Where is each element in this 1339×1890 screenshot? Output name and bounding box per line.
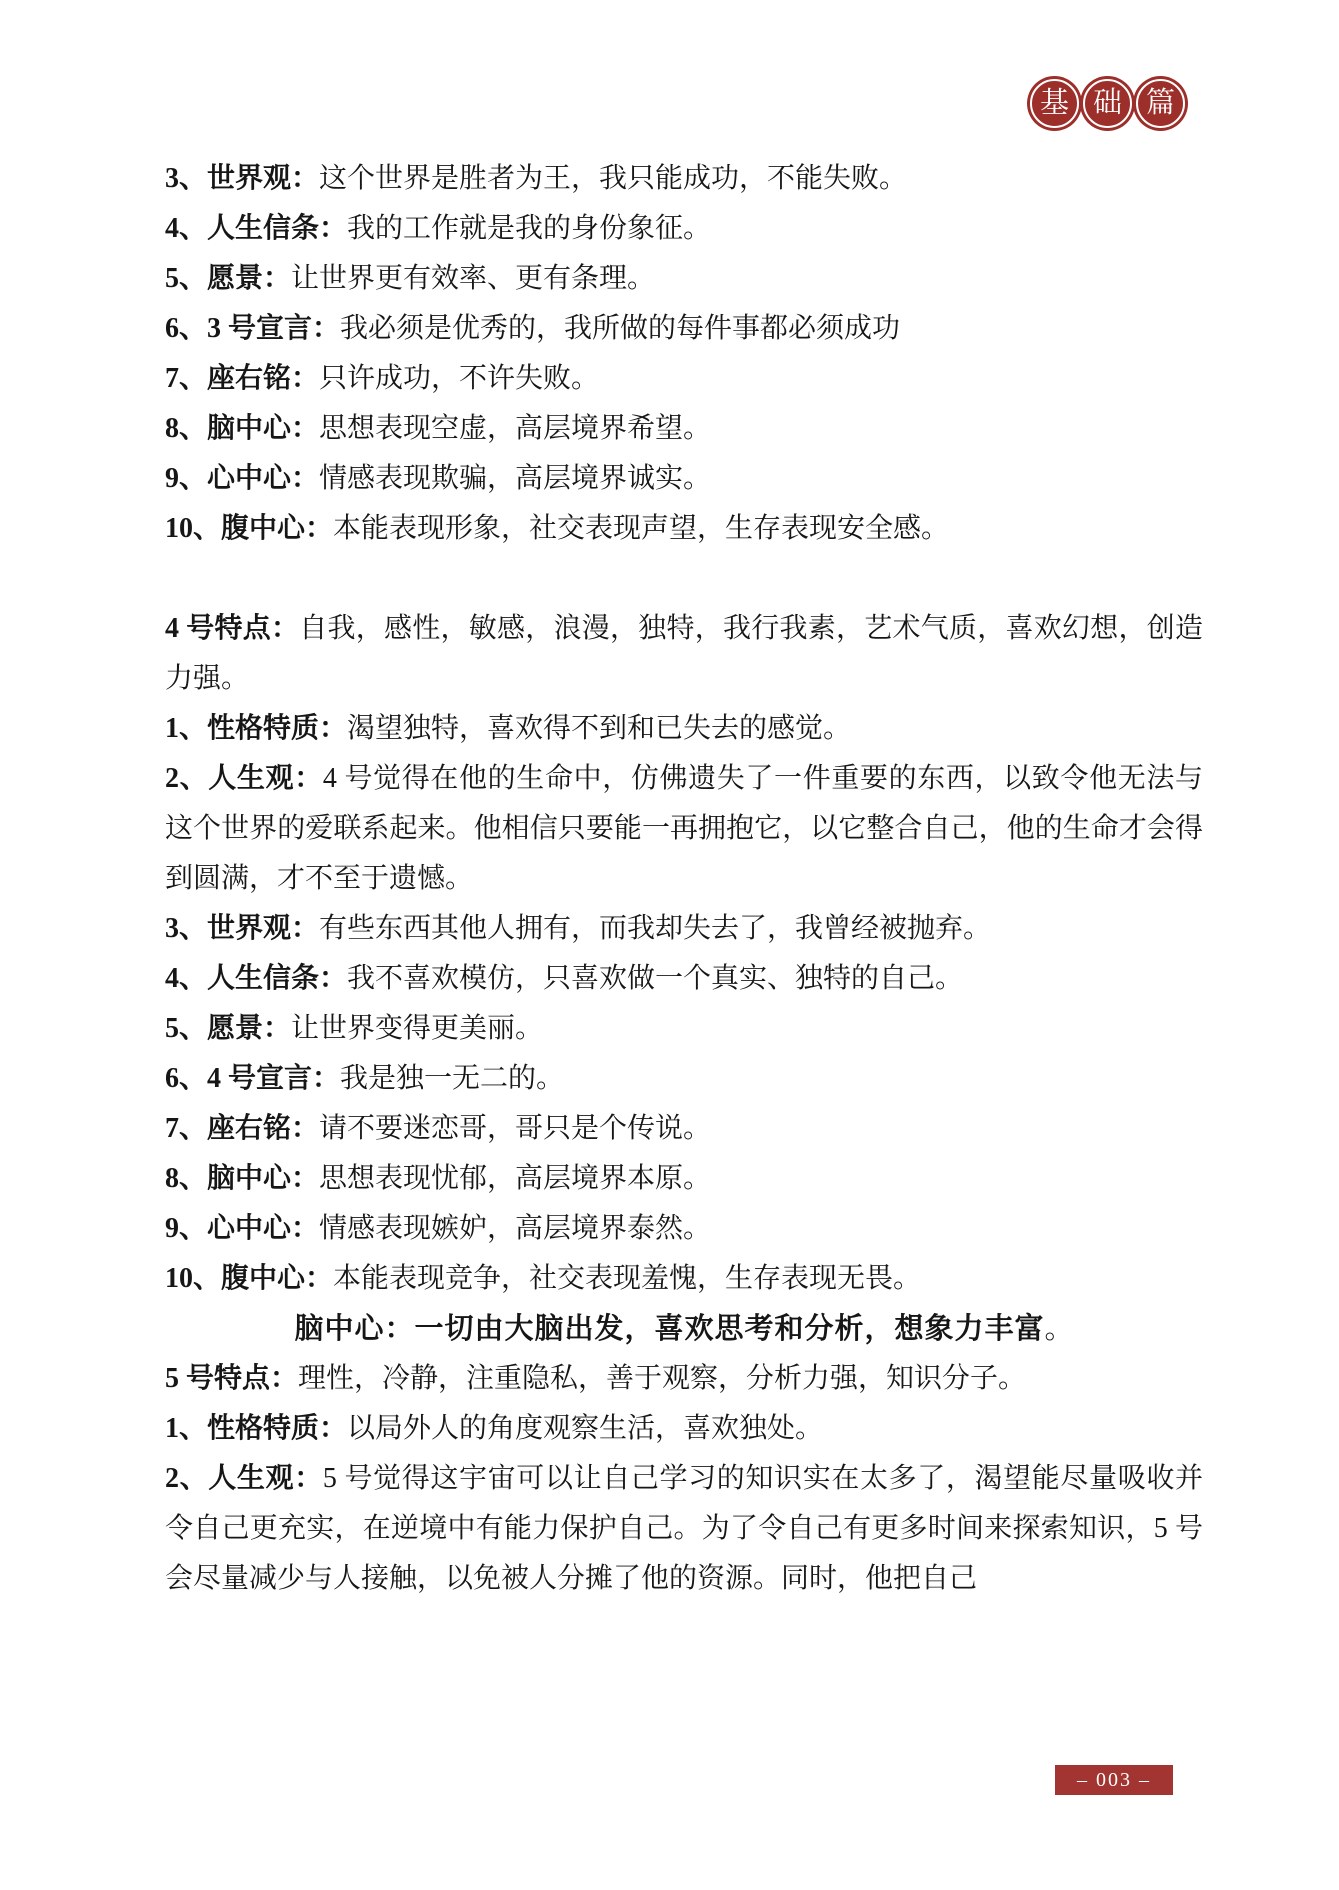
list-item: 2、人生观：4 号觉得在他的生命中，仿佛遗失了一件重要的东西，以致令他无法与这个…	[165, 754, 1203, 904]
page-content: 3、世界观：这个世界是胜者为王，我只能成功，不能失败。 4、人生信条：我的工作就…	[165, 154, 1203, 1604]
item-text: 思想表现空虚，高层境界希望。	[319, 413, 711, 444]
list-item: 5、愿景：让世界更有效率、更有条理。	[165, 254, 1203, 304]
item-label: 4、人生信条：	[165, 213, 347, 244]
section-heading-brain-center: 脑中心：一切由大脑出发，喜欢思考和分析，想象力丰富。	[165, 1304, 1203, 1354]
item-text: 我是独一无二的。	[340, 1063, 564, 1094]
item-label: 3、世界观：	[165, 163, 319, 194]
item-text: 情感表现欺骗，高层境界诚实。	[319, 463, 711, 494]
item-label: 6、4 号宣言：	[165, 1063, 340, 1094]
item-label: 4、人生信条：	[165, 963, 347, 994]
item-label: 10、腹中心：	[165, 1263, 333, 1294]
item-text: 我不喜欢模仿，只喜欢做一个真实、独特的自己。	[347, 963, 963, 994]
list-item: 9、心中心：情感表现嫉妒，高层境界泰然。	[165, 1204, 1203, 1254]
list-item: 1、性格特质：渴望独特，喜欢得不到和已失去的感觉。	[165, 704, 1203, 754]
item-label: 9、心中心：	[165, 1213, 319, 1244]
item-text: 渴望独特，喜欢得不到和已失去的感觉。	[347, 713, 851, 744]
item-label: 1、性格特质：	[165, 1413, 347, 1444]
item-label: 5、愿景：	[165, 263, 291, 294]
heading-text: 脑中心：一切由大脑出发，喜欢思考和分析，想象力丰富	[294, 1313, 1044, 1345]
item-label: 9、心中心：	[165, 463, 319, 494]
list-item: 2、人生观：5 号觉得这宇宙可以让自己学习的知识实在太多了，渴望能尽量吸收并令自…	[165, 1454, 1203, 1604]
item-label: 2、人生观：	[165, 763, 323, 794]
seal-char: 基	[1040, 89, 1069, 118]
item-label: 7、座右铭：	[165, 363, 319, 394]
item-label: 3、世界观：	[165, 913, 319, 944]
list-item: 4、人生信条：我的工作就是我的身份象征。	[165, 204, 1203, 254]
list-item: 10、腹中心：本能表现形象，社交表现声望，生存表现安全感。	[165, 504, 1203, 554]
item-label: 5 号特点：	[165, 1363, 298, 1394]
item-label: 2、人生观：	[165, 1463, 323, 1494]
item-text: 理性，冷静，注重隐私，善于观察，分析力强，知识分子。	[298, 1363, 1026, 1394]
item-label: 8、脑中心：	[165, 1163, 319, 1194]
list-item: 8、脑中心：思想表现空虚，高层境界希望。	[165, 404, 1203, 454]
list-item: 5、愿景：让世界变得更美丽。	[165, 1004, 1203, 1054]
list-item: 3、世界观：这个世界是胜者为王，我只能成功，不能失败。	[165, 154, 1203, 204]
type5-intro: 5 号特点：理性，冷静，注重隐私，善于观察，分析力强，知识分子。	[165, 1354, 1203, 1404]
item-label: 8、脑中心：	[165, 413, 319, 444]
item-label: 10、腹中心：	[165, 513, 333, 544]
item-text: 本能表现形象，社交表现声望，生存表现安全感。	[333, 513, 949, 544]
item-text: 以局外人的角度观察生活，喜欢独处。	[347, 1413, 823, 1444]
list-item: 3、世界观：有些东西其他人拥有，而我却失去了，我曾经被抛弃。	[165, 904, 1203, 954]
seal-badge-1: 基	[1027, 76, 1082, 131]
list-item: 7、座右铭：请不要迷恋哥，哥只是个传说。	[165, 1104, 1203, 1154]
item-text: 我的工作就是我的身份象征。	[347, 213, 711, 244]
list-item: 10、腹中心：本能表现竞争，社交表现羞愧，生存表现无畏。	[165, 1254, 1203, 1304]
item-text: 让世界变得更美丽。	[291, 1013, 543, 1044]
item-text: 有些东西其他人拥有，而我却失去了，我曾经被抛弃。	[319, 913, 991, 944]
item-label: 5、愿景：	[165, 1013, 291, 1044]
item-label: 7、座右铭：	[165, 1113, 319, 1144]
item-label: 6、3 号宣言：	[165, 313, 340, 344]
item-text: 只许成功，不许失败。	[319, 363, 599, 394]
type4-intro: 4 号特点：自我，感性，敏感，浪漫，独特，我行我素，艺术气质，喜欢幻想，创造力强…	[165, 604, 1203, 704]
header-seals: 基 础 篇	[1029, 76, 1188, 131]
item-text: 情感表现嫉妒，高层境界泰然。	[319, 1213, 711, 1244]
list-item: 4、人生信条：我不喜欢模仿，只喜欢做一个真实、独特的自己。	[165, 954, 1203, 1004]
item-text: 让世界更有效率、更有条理。	[291, 263, 655, 294]
seal-char: 础	[1093, 89, 1122, 118]
document-page: 基 础 篇 3、世界观：这个世界是胜者为王，我只能成功，不能失败。 4、人生信条…	[0, 0, 1339, 1890]
item-text: 本能表现竞争，社交表现羞愧，生存表现无畏。	[333, 1263, 921, 1294]
seal-badge-3: 篇	[1133, 76, 1188, 131]
item-text: 自我，感性，敏感，浪漫，独特，我行我素，艺术气质，喜欢幻想，创造力强。	[165, 613, 1203, 694]
list-item: 6、4 号宣言：我是独一无二的。	[165, 1054, 1203, 1104]
list-item: 6、3 号宣言：我必须是优秀的，我所做的每件事都必须成功	[165, 304, 1203, 354]
list-item: 8、脑中心：思想表现忧郁，高层境界本原。	[165, 1154, 1203, 1204]
item-text: 我必须是优秀的，我所做的每件事都必须成功	[340, 313, 900, 344]
list-item: 7、座右铭：只许成功，不许失败。	[165, 354, 1203, 404]
seal-char: 篇	[1146, 89, 1175, 118]
page-number: – 003 –	[1077, 1769, 1151, 1792]
item-text: 这个世界是胜者为王，我只能成功，不能失败。	[319, 163, 907, 194]
seal-badge-2: 础	[1080, 76, 1135, 131]
item-text: 思想表现忧郁，高层境界本原。	[319, 1163, 711, 1194]
heading-period: 。	[1045, 1313, 1074, 1345]
list-item: 9、心中心：情感表现欺骗，高层境界诚实。	[165, 454, 1203, 504]
item-text: 请不要迷恋哥，哥只是个传说。	[319, 1113, 711, 1144]
item-label: 4 号特点：	[165, 613, 299, 644]
list-item: 1、性格特质：以局外人的角度观察生活，喜欢独处。	[165, 1404, 1203, 1454]
item-label: 1、性格特质：	[165, 713, 347, 744]
page-number-badge: – 003 –	[1055, 1765, 1173, 1795]
